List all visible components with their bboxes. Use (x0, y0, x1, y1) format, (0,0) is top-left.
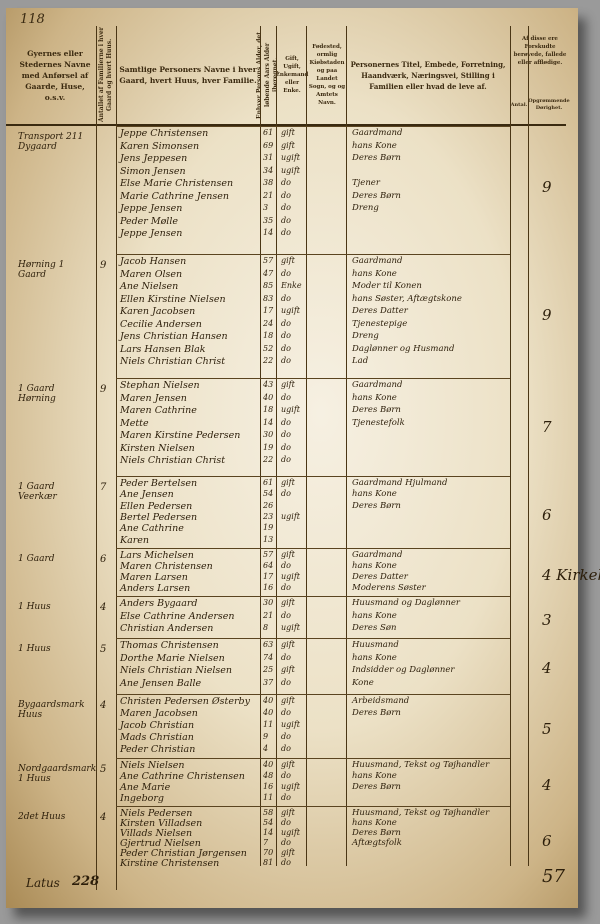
person-name: Niels Christian Nielsen (120, 665, 232, 676)
person-name: Peder Christian (120, 744, 195, 755)
person-age: 14 (263, 418, 273, 427)
marital-status: do (281, 771, 291, 780)
occupation: hans Kone (352, 771, 397, 781)
latus-label: Latus (26, 876, 60, 890)
marital-status: gift (281, 128, 295, 137)
person-age: 52 (263, 344, 273, 353)
person-age: 85 (263, 281, 273, 290)
person-name: Peder Mølle (120, 216, 178, 227)
marital-status: do (281, 178, 291, 187)
person-name: Lars Hansen Blak (120, 344, 206, 355)
occupation: Deres Børn (352, 708, 401, 718)
household-count: 4 (542, 659, 552, 677)
marital-status: ugift (281, 828, 300, 837)
person-name: Marie Cathrine Jensen (120, 191, 229, 202)
person-name: Ane Jensen (120, 489, 174, 500)
header-families: Antallet af Familierne i hver Gaard og h… (98, 26, 114, 124)
person-name: Christian Andersen (120, 623, 213, 634)
marital-status: do (281, 858, 291, 867)
person-age: 8 (263, 623, 268, 632)
person-age: 30 (263, 430, 273, 439)
person-age: 24 (263, 319, 273, 328)
person-name: Maren Larsen (120, 572, 188, 583)
person-name: Ane Cathrine Christensen (120, 771, 245, 782)
occupation: Moder til Konen (352, 281, 422, 291)
group-separator (116, 694, 510, 695)
marital-status: gift (281, 808, 295, 817)
group-separator (116, 378, 510, 379)
marital-status: do (281, 443, 291, 452)
occupation: Deres Børn (352, 153, 401, 163)
person-name: Niels Nielsen (120, 760, 185, 771)
person-age: 57 (263, 256, 273, 265)
person-age: 34 (263, 166, 273, 175)
occupation: Huusmand, Tekst og Tøjhandler (352, 808, 489, 818)
person-age: 21 (263, 611, 273, 620)
person-name: Christen Pedersen Østerby (120, 696, 250, 707)
household-count: 9 (542, 306, 552, 324)
person-age: 14 (263, 228, 273, 237)
person-age: 23 (263, 512, 273, 521)
marital-status: do (281, 430, 291, 439)
person-age: 40 (263, 696, 273, 705)
occupation: Gaardmand (352, 550, 402, 560)
household-count: 4 (542, 776, 552, 794)
marital-status: do (281, 418, 291, 427)
person-age: 54 (263, 818, 273, 827)
table-header: Gyernes eller Stedernes Navne med Anførs… (6, 26, 578, 124)
occupation: Kone (352, 678, 374, 688)
person-age: 61 (263, 128, 273, 137)
person-age: 16 (263, 583, 273, 592)
person-name: Anders Bygaard (120, 598, 198, 609)
family-count: 9 (100, 384, 106, 395)
person-name: Peder Bertelsen (120, 478, 197, 489)
person-age: 74 (263, 653, 273, 662)
occupation: Tjener (352, 178, 380, 188)
occupation: Deres Datter (352, 572, 408, 582)
marital-status: do (281, 678, 291, 687)
marital-status: do (281, 216, 291, 225)
person-age: 16 (263, 782, 273, 791)
group-separator (116, 758, 510, 759)
occupation: Gaardmand (352, 256, 402, 266)
person-age: 31 (263, 153, 273, 162)
person-name: Ane Marie (120, 782, 170, 793)
person-age: 14 (263, 828, 273, 837)
marital-status: gift (281, 598, 295, 607)
person-name: Maren Cathrine (120, 405, 197, 416)
family-count: 5 (100, 764, 106, 775)
header-names: Samtlige Personers Navne i hver Gaard, h… (118, 26, 258, 124)
occupation: hans Kone (352, 393, 397, 403)
person-name: Mette (120, 418, 149, 429)
occupation: Aftægtsfolk (352, 838, 402, 848)
marital-status: do (281, 331, 291, 340)
family-count: 9 (100, 260, 106, 271)
person-name: Karen Jacobsen (120, 306, 195, 317)
person-name: Jens Jeppesen (120, 153, 187, 164)
marital-status: gift (281, 640, 295, 649)
occupation: Huusmand og Daglønner (352, 598, 460, 608)
person-name: Jeppe Jensen (120, 203, 182, 214)
marital-status: do (281, 393, 291, 402)
occupation: Deres Søn (352, 623, 396, 633)
marital-status: do (281, 356, 291, 365)
occupation: Tjenestefolk (352, 418, 405, 428)
marital-status: do (281, 818, 291, 827)
person-name: Maren Kirstine Pedersen (120, 430, 240, 441)
group-separator (116, 638, 510, 639)
person-name: Maren Jensen (120, 393, 187, 404)
marital-status: gift (281, 380, 295, 389)
person-name: Jens Christian Hansen (120, 331, 228, 342)
header-remarks-count: Antal. (510, 86, 528, 124)
person-name: Jacob Hansen (120, 256, 186, 267)
person-age: 19 (263, 443, 273, 452)
marital-status: ugift (281, 306, 300, 315)
person-name: Ane Jensen Balle (120, 678, 201, 689)
marital-status: ugift (281, 782, 300, 791)
place-name: Transport 211 Dygaard (18, 132, 94, 152)
household-count: 6 (542, 506, 552, 524)
person-name: Ellen Pedersen (120, 501, 192, 512)
marital-status: do (281, 583, 291, 592)
occupation: Indsidder og Daglønner (352, 665, 455, 675)
marital-status: ugift (281, 166, 300, 175)
person-name: Niels Christian Christ (120, 356, 225, 367)
person-name: Kirsten Nielsen (120, 443, 195, 454)
marital-status: do (281, 838, 291, 847)
person-name: Karen Simonsen (120, 141, 199, 152)
person-name: Maren Christensen (120, 561, 213, 572)
census-page: 118 Gyernes eller Stedernes Navne med An… (6, 8, 578, 908)
header-remarks-note: Opgrømmende Dørighet. (528, 86, 570, 124)
occupation: Deres Børn (352, 501, 401, 511)
group-separator (116, 126, 510, 127)
occupation: hans Kone (352, 489, 397, 499)
marital-status: do (281, 744, 291, 753)
page-total: 57 (542, 866, 565, 887)
occupation: Deres Børn (352, 191, 401, 201)
occupation: Lad (352, 356, 368, 366)
marital-status: do (281, 732, 291, 741)
header-birthplace: Fødested, ormlig Kiøbstaden og paa Lande… (308, 26, 346, 124)
group-separator (116, 548, 510, 549)
person-age: 9 (263, 732, 268, 741)
occupation: Gaardmand (352, 380, 402, 390)
household-count: 7 (542, 418, 552, 436)
person-age: 61 (263, 478, 273, 487)
person-name: Kirstine Christensen (120, 858, 219, 869)
person-age: 3 (263, 203, 268, 212)
marital-status: do (281, 793, 291, 802)
group-separator (116, 596, 510, 597)
occupation: Moderens Søster (352, 583, 426, 593)
occupation: Tjenestepige (352, 319, 407, 329)
place-name: Nordgaardsmark 1 Huus (18, 764, 94, 784)
person-age: 37 (263, 678, 273, 687)
person-name: Maren Jacobsen (120, 708, 198, 719)
person-age: 40 (263, 708, 273, 717)
group-separator (116, 254, 510, 255)
family-count: 4 (100, 700, 106, 711)
person-age: 38 (263, 178, 273, 187)
person-name: Else Cathrine Andersen (120, 611, 235, 622)
person-age: 47 (263, 269, 273, 278)
person-name: Thomas Christensen (120, 640, 219, 651)
marital-status: do (281, 708, 291, 717)
page-number: 118 (20, 12, 45, 27)
place-name: 1 Huus (18, 644, 94, 654)
marital-status: do (281, 455, 291, 464)
person-age: 22 (263, 455, 273, 464)
header-occupation: Personernes Titel, Embede, Forretning, H… (348, 26, 508, 124)
person-name: Jacob Christian (120, 720, 194, 731)
person-age: 7 (263, 838, 268, 847)
person-name: Ellen Kirstine Nielsen (120, 294, 226, 305)
person-name: Karen (120, 535, 149, 546)
occupation: hans Kone (352, 561, 397, 571)
household-count: 3 (542, 611, 552, 629)
person-age: 70 (263, 848, 273, 857)
family-count: 5 (100, 644, 106, 655)
household-count: 4 Kirkehøy (542, 566, 600, 584)
person-age: 58 (263, 808, 273, 817)
person-name: Ane Cathrine (120, 523, 184, 534)
family-count: 4 (100, 812, 106, 823)
person-age: 69 (263, 141, 273, 150)
person-age: 40 (263, 760, 273, 769)
place-name: 2det Huus (18, 812, 94, 822)
marital-status: gift (281, 848, 295, 857)
person-name: Else Marie Christensen (120, 178, 233, 189)
person-age: 64 (263, 561, 273, 570)
occupation: Deres Børn (352, 405, 401, 415)
marital-status: do (281, 319, 291, 328)
marital-status: do (281, 191, 291, 200)
marital-status: ugift (281, 405, 300, 414)
header-place: Gyernes eller Stedernes Navne med Anførs… (14, 26, 96, 124)
person-name: Dorthe Marie Nielsen (120, 653, 225, 664)
person-name: Jeppe Jensen (120, 228, 182, 239)
marital-status: do (281, 294, 291, 303)
place-name: Bygaardsmark Huus (18, 700, 94, 720)
person-age: 4 (263, 744, 268, 753)
marital-status: gift (281, 550, 295, 559)
person-age: 54 (263, 489, 273, 498)
person-age: 40 (263, 393, 273, 402)
person-age: 18 (263, 331, 273, 340)
place-name: 1 Gaard (18, 554, 94, 564)
occupation: hans Søster, Aftægtskone (352, 294, 462, 304)
group-separator (116, 806, 510, 807)
person-name: Jeppe Christensen (120, 128, 208, 139)
family-count: 6 (100, 554, 106, 565)
person-name: Anders Larsen (120, 583, 190, 594)
person-age: 17 (263, 572, 273, 581)
occupation: hans Kone (352, 653, 397, 663)
header-status: Gift, Ugift, Enkemand eller Enke. (278, 26, 306, 124)
group-separator (116, 476, 510, 477)
person-name: Niels Christian Christ (120, 455, 225, 466)
occupation: hans Kone (352, 141, 397, 151)
marital-status: do (281, 203, 291, 212)
marital-status: do (281, 228, 291, 237)
occupation: hans Kone (352, 269, 397, 279)
marital-status: ugift (281, 623, 300, 632)
marital-status: gift (281, 141, 295, 150)
person-age: 63 (263, 640, 273, 649)
person-age: 11 (263, 793, 273, 802)
person-age: 17 (263, 306, 273, 315)
person-name: Maren Olsen (120, 269, 182, 280)
occupation: Daglønner og Husmand (352, 344, 454, 354)
person-age: 13 (263, 535, 273, 544)
marital-status: gift (281, 696, 295, 705)
marital-status: do (281, 269, 291, 278)
person-age: 19 (263, 523, 273, 532)
household-count: 5 (542, 720, 552, 738)
family-count: 4 (100, 602, 106, 613)
marital-status: do (281, 344, 291, 353)
occupation: Dreng (352, 331, 379, 341)
person-age: 21 (263, 191, 273, 200)
occupation: Huusmand, Tekst og Tøjhandler (352, 760, 489, 770)
place-name: 1 Gaard Veerkær (18, 482, 94, 502)
person-age: 35 (263, 216, 273, 225)
person-name: Simon Jensen (120, 166, 186, 177)
family-count: 7 (100, 482, 106, 493)
person-name: Ingeborg (120, 793, 164, 804)
person-age: 81 (263, 858, 273, 867)
occupation: Deres Datter (352, 306, 408, 316)
person-name: Lars Michelsen (120, 550, 194, 561)
marital-status: gift (281, 478, 295, 487)
marital-status: do (281, 561, 291, 570)
occupation: Deres Børn (352, 782, 401, 792)
marital-status: ugift (281, 720, 300, 729)
place-name: 1 Huus (18, 602, 94, 612)
marital-status: ugift (281, 512, 300, 521)
person-age: 30 (263, 598, 273, 607)
person-age: 26 (263, 501, 273, 510)
person-name: Bertel Pedersen (120, 512, 197, 523)
person-age: 22 (263, 356, 273, 365)
person-age: 25 (263, 665, 273, 674)
place-name: 1 Gaard Hørning (18, 384, 94, 404)
occupation: Gaardmand Hjulmand (352, 478, 447, 488)
occupation: Arbeidsmand (352, 696, 409, 706)
person-name: Stephan Nielsen (120, 380, 200, 391)
person-name: Mads Christian (120, 732, 194, 743)
marital-status: gift (281, 665, 295, 674)
household-count: 9 (542, 178, 552, 196)
marital-status: gift (281, 256, 295, 265)
header-remarks: Af disse ere Forskudte berøvede, fallede… (510, 26, 570, 76)
marital-status: ugift (281, 572, 300, 581)
occupation: Dreng (352, 203, 379, 213)
person-age: 48 (263, 771, 273, 780)
marital-status: do (281, 653, 291, 662)
marital-status: do (281, 489, 291, 498)
marital-status: gift (281, 760, 295, 769)
person-name: Cecilie Andersen (120, 319, 202, 330)
person-age: 43 (263, 380, 273, 389)
person-age: 18 (263, 405, 273, 414)
occupation: Gaardmand (352, 128, 402, 138)
occupation: hans Kone (352, 611, 397, 621)
marital-status: do (281, 611, 291, 620)
latus-total: 228 (72, 874, 99, 889)
person-age: 11 (263, 720, 273, 729)
household-count: 6 (542, 832, 552, 850)
marital-status: ugift (281, 153, 300, 162)
person-age: 83 (263, 294, 273, 303)
marital-status: Enke (281, 281, 302, 290)
occupation: hans Kone (352, 818, 397, 828)
occupation: Huusmand (352, 640, 399, 650)
person-name: Ane Nielsen (120, 281, 178, 292)
place-name: Hørning 1 Gaard (18, 260, 94, 280)
person-age: 57 (263, 550, 273, 559)
occupation: Deres Børn (352, 828, 401, 838)
